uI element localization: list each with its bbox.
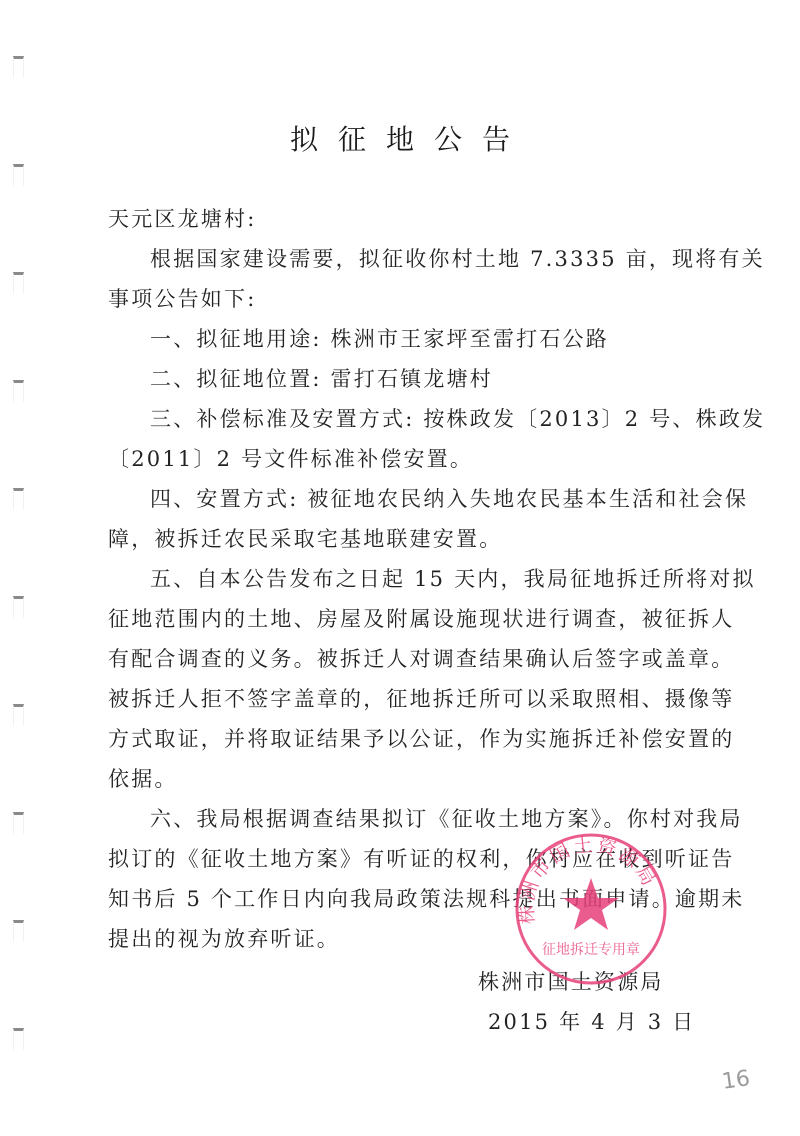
body-line: 障，被拆迁农民采取宅基地联建安置。 [108, 526, 502, 552]
binding-mark [13, 704, 24, 726]
document-page: 拟征地公告 天元区龙塘村: 根据国家建设需要，拟征收你村土地 7.3335 亩，… [0, 0, 800, 1136]
section-1-purpose: 一、拟征地用途: 株洲市王家坪至雷打石公路 [150, 326, 609, 352]
body-line: 征地范围内的土地、房屋及附属设施现状进行调查，被征拆人 [108, 606, 734, 632]
body-line: 有配合调查的义务。被拆迁人对调查结果确认后签字或盖章。 [108, 646, 734, 672]
body-line: 拟订的《征收土地方案》有听证的权利，你村应在收到听证告 [108, 846, 734, 872]
body-line: 提出的视为放弃听证。 [108, 926, 340, 952]
body-line: 方式取证，并将取证结果予以公证，作为实施拆迁补偿安置的 [108, 726, 734, 752]
issuer-signature: 株洲市国土资源局 [478, 966, 664, 996]
section-6-hearing: 六、我局根据调查结果拟订《征收土地方案》。你村对我局 [150, 806, 743, 832]
section-4-resettlement: 四、安置方式: 被征地农民纳入失地农民基本生活和社会保 [150, 486, 748, 512]
addressee: 天元区龙塘村: [108, 206, 256, 232]
binding-mark [13, 56, 24, 78]
svg-text:征地拆迁专用章: 征地拆迁专用章 [542, 941, 640, 958]
binding-mark [13, 1028, 24, 1050]
body-line: 依据。 [108, 766, 178, 792]
binding-mark [13, 488, 24, 510]
body-line: 被拆迁人拒不签字盖章的，征地拆迁所可以采取照相、摄像等 [108, 686, 734, 712]
binding-mark [13, 596, 24, 618]
binding-mark [13, 272, 24, 294]
body-line: 〔2011〕2 号文件标准补偿安置。 [108, 446, 473, 472]
issue-date: 2015 年 4 月 3 日 [488, 1006, 695, 1036]
body-line: 根据国家建设需要，拟征收你村土地 7.3335 亩，现将有关 [150, 246, 765, 272]
binding-mark [13, 380, 24, 402]
document-title: 拟征地公告 [0, 118, 800, 158]
binding-mark [13, 920, 24, 942]
body-line: 事项公告如下: [108, 286, 256, 312]
section-3-compensation: 三、补偿标准及安置方式: 按株政发〔2013〕2 号、株政发 [150, 406, 765, 432]
section-5-survey: 五、自本公告发布之日起 15 天内，我局征地拆迁所将对拟 [150, 566, 756, 592]
body-line: 知书后 5 个工作日内向我局政策法规科提出书面申请。逾期未 [108, 886, 745, 912]
binding-mark [13, 812, 24, 834]
section-2-location: 二、拟征地位置: 雷打石镇龙塘村 [150, 366, 493, 392]
binding-mark [13, 164, 24, 186]
handwritten-page-number: 16 [720, 1066, 751, 1095]
